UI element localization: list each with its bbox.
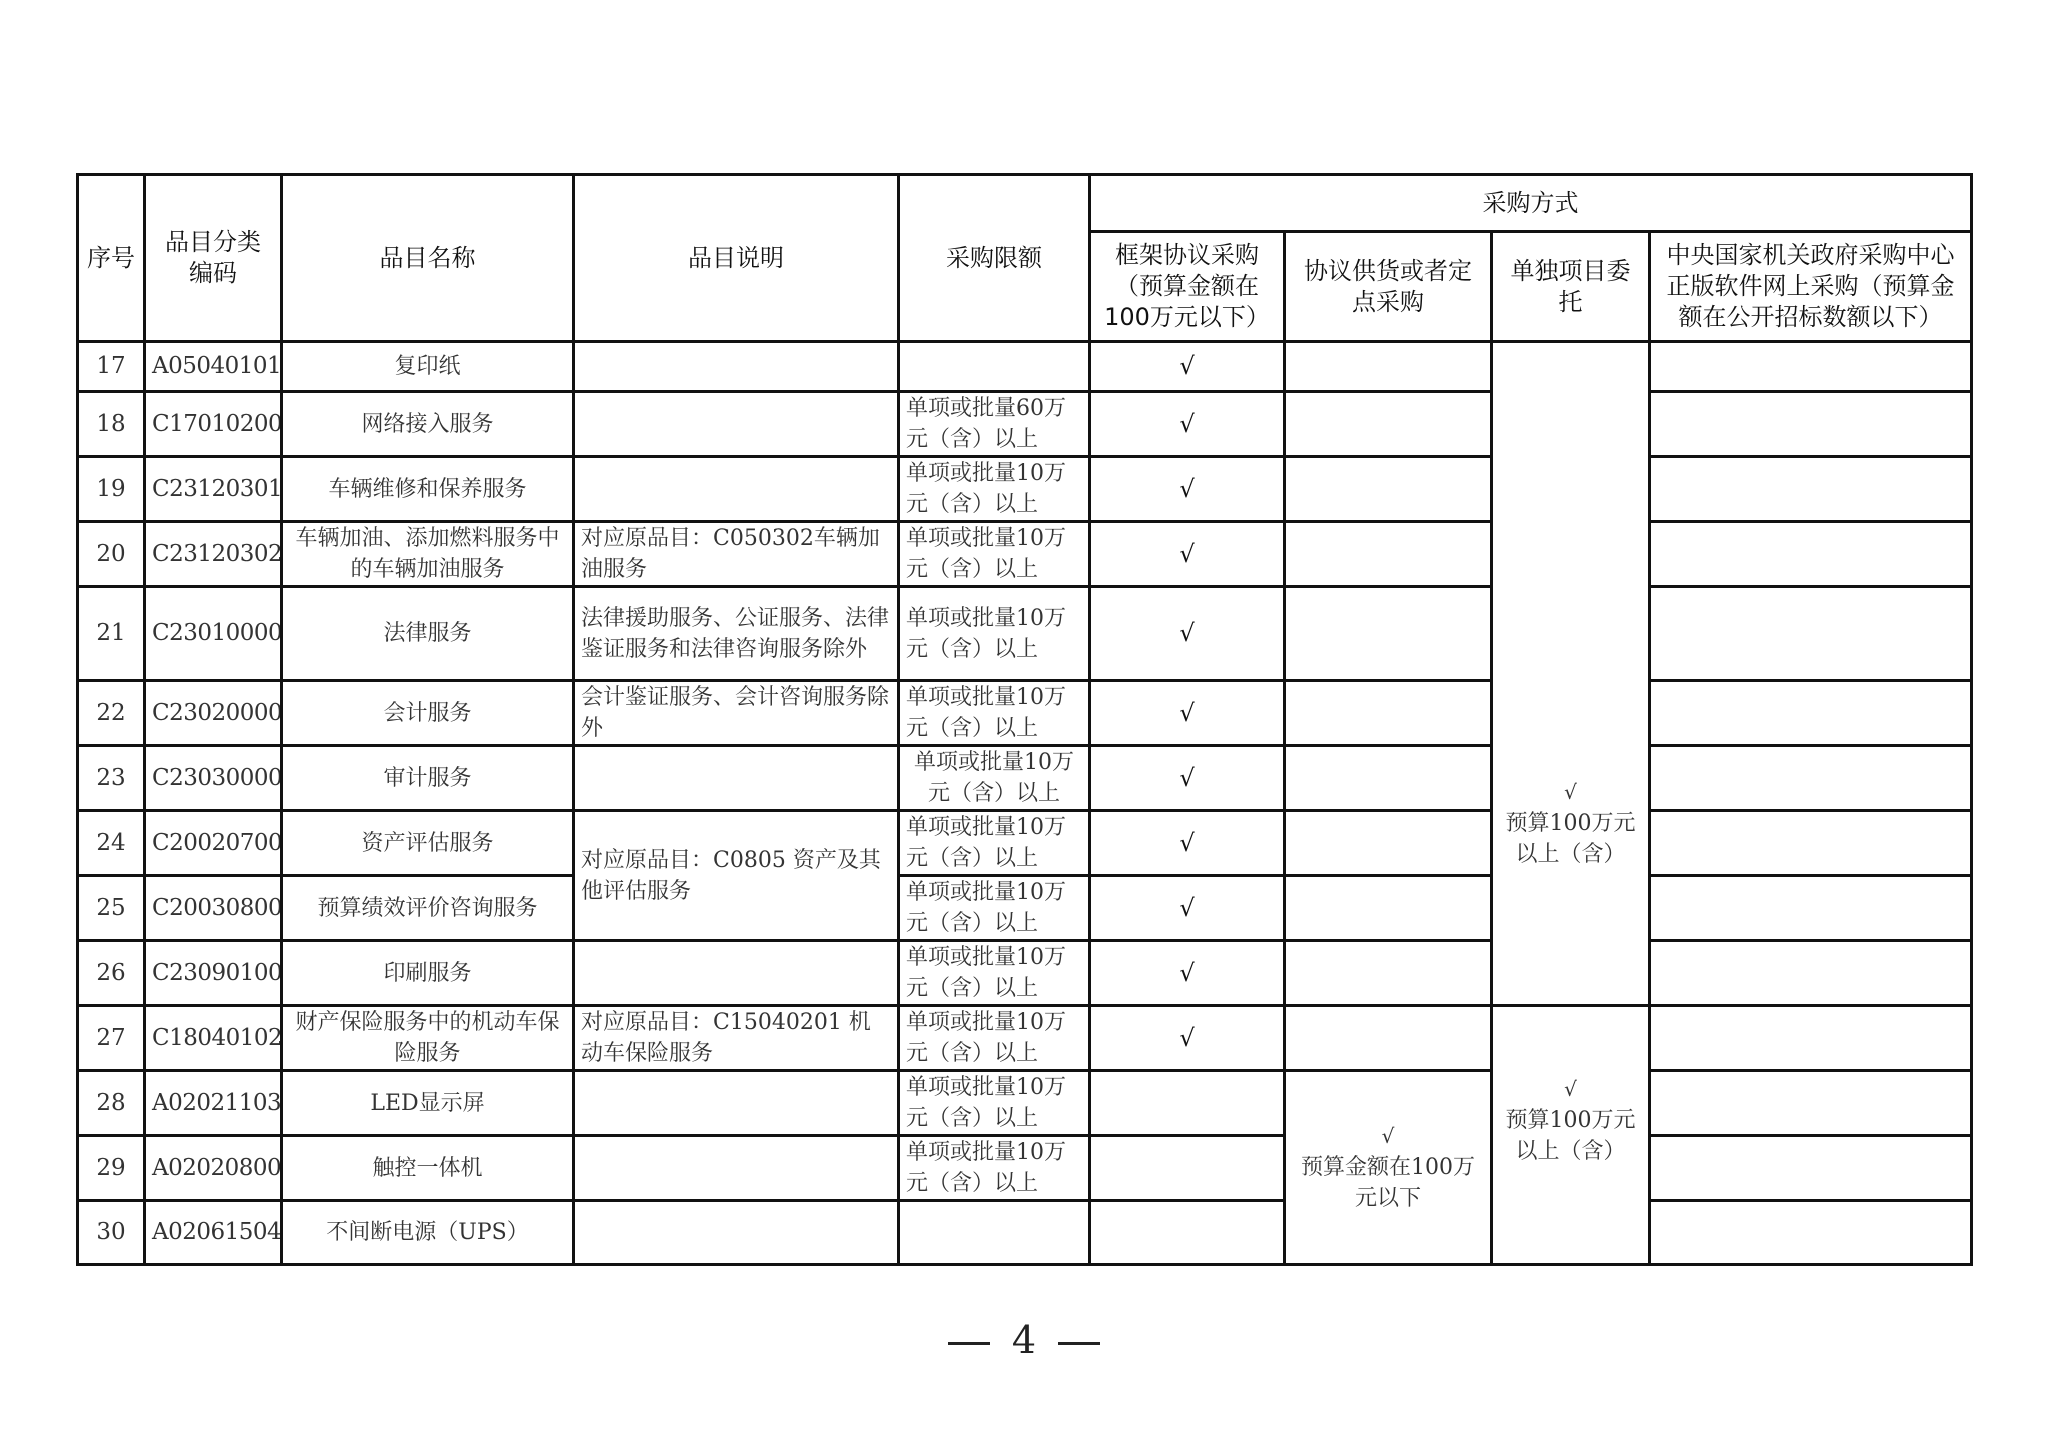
cell-seq: 18 [78,392,145,457]
cell-code: C20030800 [145,876,282,941]
cell-seq: 28 [78,1071,145,1136]
framework-check-icon [1090,1071,1285,1136]
table-row: 23 C23030000 审计服务 单项或批量10万元（含）以上 √ [78,746,1972,811]
agreement-check-icon: √ [1292,1121,1484,1152]
cell-name: 预算绩效评价咨询服务 [282,876,574,941]
table-row: 19 C23120301 车辆维修和保养服务 单项或批量10万元（含）以上 √ [78,457,1972,522]
header-row-1: 序号 品目分类编码 品目名称 品目说明 采购限额 采购方式 [78,175,1972,232]
cell-agreement-merged-28-30: √ 预算金额在100万元以下 [1285,1071,1492,1265]
framework-check-icon: √ [1090,941,1285,1006]
cell-software [1650,941,1972,1006]
cell-seq: 30 [78,1201,145,1265]
table-row: 20 C23120302 车辆加油、添加燃料服务中的车辆加油服务 对应原品目：C… [78,522,1972,587]
cell-name: 财产保险服务中的机动车保险服务 [282,1006,574,1071]
cell-agreement [1285,746,1492,811]
cell-name: 法律服务 [282,587,574,681]
table-row: 21 C23010000 法律服务 法律援助服务、公证服务、法律鉴证服务和法律咨… [78,587,1972,681]
cell-agreement [1285,876,1492,941]
cell-name: 资产评估服务 [282,811,574,876]
cell-agreement [1285,457,1492,522]
cell-name: 审计服务 [282,746,574,811]
cell-code: C18040102 [145,1006,282,1071]
cell-limit: 单项或批量10万元（含）以上 [899,587,1090,681]
framework-check-icon: √ [1090,1006,1285,1071]
cell-name: 车辆加油、添加燃料服务中的车辆加油服务 [282,522,574,587]
cell-name: 印刷服务 [282,941,574,1006]
cell-software [1650,392,1972,457]
separate-check-icon: √ [1499,1074,1642,1105]
cell-agreement [1285,587,1492,681]
cell-software [1650,876,1972,941]
cell-limit: 单项或批量10万元（含）以上 [899,876,1090,941]
header-method-group: 采购方式 [1090,175,1972,232]
header-software: 中央国家机关政府采购中心正版软件网上采购（预算金额在公开招标数额以下） [1650,232,1972,342]
cell-seq: 19 [78,457,145,522]
document-page: 序号 品目分类编码 品目名称 品目说明 采购限额 采购方式 框架协议采购（预算金… [0,0,2048,1448]
cell-desc: 法律援助服务、公证服务、法律鉴证服务和法律咨询服务除外 [574,587,899,681]
cell-desc-merged-24-25: 对应原品目：C0805 资产及其他评估服务 [574,811,899,941]
cell-seq: 24 [78,811,145,876]
cell-separate-merged-17-26: √ 预算100万元以上（含） [1492,342,1650,1006]
cell-code: C23020000 [145,681,282,746]
cell-name: 复印纸 [282,342,574,392]
framework-check-icon: √ [1090,681,1285,746]
cell-limit: 单项或批量10万元（含）以上 [899,457,1090,522]
page-footer: 4 [0,1318,2048,1362]
cell-software [1650,342,1972,392]
table-row: 30 A02061504 不间断电源（UPS） [78,1201,1972,1265]
cell-agreement [1285,522,1492,587]
header-framework: 框架协议采购（预算金额在100万元以下） [1090,232,1285,342]
cell-software [1650,746,1972,811]
cell-seq: 23 [78,746,145,811]
cell-seq: 27 [78,1006,145,1071]
framework-check-icon: √ [1090,522,1285,587]
cell-code: A02061504 [145,1201,282,1265]
separate-check-icon: √ [1499,777,1642,808]
header-seq: 序号 [78,175,145,342]
cell-desc [574,392,899,457]
cell-seq: 22 [78,681,145,746]
cell-code: C23010000 [145,587,282,681]
cell-desc [574,1071,899,1136]
table-row: 22 C23020000 会计服务 会计鉴证服务、会计咨询服务除外 单项或批量1… [78,681,1972,746]
separate-note: 预算100万元以上（含） [1499,1105,1642,1167]
cell-code: C23030000 [145,746,282,811]
procurement-table: 序号 品目分类编码 品目名称 品目说明 采购限额 采购方式 框架协议采购（预算金… [76,173,1973,1266]
cell-software [1650,1136,1972,1201]
cell-desc: 对应原品目：C050302车辆加油服务 [574,522,899,587]
dash-left [948,1342,990,1345]
framework-check-icon: √ [1090,811,1285,876]
cell-code: C23120302 [145,522,282,587]
table-row: 24 C20020700 资产评估服务 对应原品目：C0805 资产及其他评估服… [78,811,1972,876]
agreement-note: 预算金额在100万元以下 [1292,1152,1484,1214]
cell-software [1650,587,1972,681]
cell-code: A02020800 [145,1136,282,1201]
cell-limit: 单项或批量10万元（含）以上 [899,746,1090,811]
cell-limit: 单项或批量60万元（含）以上 [899,392,1090,457]
framework-check-icon [1090,1136,1285,1201]
cell-name: 网络接入服务 [282,392,574,457]
cell-name: 触控一体机 [282,1136,574,1201]
header-name: 品目名称 [282,175,574,342]
cell-code: A05040101 [145,342,282,392]
framework-check-icon [1090,1201,1285,1265]
cell-code: C20020700 [145,811,282,876]
cell-name: 车辆维修和保养服务 [282,457,574,522]
cell-seq: 21 [78,587,145,681]
cell-limit: 单项或批量10万元（含）以上 [899,941,1090,1006]
cell-code: C17010200 [145,392,282,457]
cell-limit: 单项或批量10万元（含）以上 [899,522,1090,587]
cell-seq: 29 [78,1136,145,1201]
framework-check-icon: √ [1090,876,1285,941]
page-number: 4 [1012,1318,1036,1362]
cell-software [1650,1071,1972,1136]
cell-limit: 单项或批量10万元（含）以上 [899,1136,1090,1201]
cell-limit: 单项或批量10万元（含）以上 [899,681,1090,746]
cell-agreement [1285,811,1492,876]
cell-seq: 25 [78,876,145,941]
cell-limit: 单项或批量10万元（含）以上 [899,1071,1090,1136]
cell-software [1650,681,1972,746]
table-row: 27 C18040102 财产保险服务中的机动车保险服务 对应原品目：C1504… [78,1006,1972,1071]
cell-agreement [1285,1006,1492,1071]
cell-agreement [1285,342,1492,392]
table-row: 29 A02020800 触控一体机 单项或批量10万元（含）以上 [78,1136,1972,1201]
table-row: 28 A02021103 LED显示屏 单项或批量10万元（含）以上 √ 预算金… [78,1071,1972,1136]
cell-name: 不间断电源（UPS） [282,1201,574,1265]
cell-seq: 26 [78,941,145,1006]
framework-check-icon: √ [1090,587,1285,681]
header-desc: 品目说明 [574,175,899,342]
framework-check-icon: √ [1090,457,1285,522]
framework-check-icon: √ [1090,342,1285,392]
cell-agreement [1285,681,1492,746]
cell-code: A02021103 [145,1071,282,1136]
cell-software [1650,811,1972,876]
cell-software [1650,457,1972,522]
cell-software [1650,1006,1972,1071]
cell-name: LED显示屏 [282,1071,574,1136]
cell-software [1650,522,1972,587]
table-row: 18 C17010200 网络接入服务 单项或批量60万元（含）以上 √ [78,392,1972,457]
cell-limit [899,342,1090,392]
cell-desc [574,1201,899,1265]
cell-seq: 20 [78,522,145,587]
cell-agreement [1285,392,1492,457]
cell-agreement [1285,941,1492,1006]
table-row: 17 A05040101 复印纸 √ √ 预算100万元以上（含） [78,342,1972,392]
framework-check-icon: √ [1090,392,1285,457]
cell-desc: 对应原品目：C15040201 机动车保险服务 [574,1006,899,1071]
cell-desc [574,1136,899,1201]
separate-note: 预算100万元以上（含） [1499,808,1642,870]
cell-software [1650,1201,1972,1265]
cell-desc [574,342,899,392]
cell-limit: 单项或批量10万元（含）以上 [899,1006,1090,1071]
cell-desc [574,941,899,1006]
cell-seq: 17 [78,342,145,392]
cell-limit: 单项或批量10万元（含）以上 [899,811,1090,876]
header-agreement: 协议供货或者定点采购 [1285,232,1492,342]
dash-right [1058,1342,1100,1345]
header-separate: 单独项目委托 [1492,232,1650,342]
cell-code: C23090100 [145,941,282,1006]
cell-code: C23120301 [145,457,282,522]
cell-name: 会计服务 [282,681,574,746]
cell-desc [574,457,899,522]
cell-desc [574,746,899,811]
header-limit: 采购限额 [899,175,1090,342]
header-code: 品目分类编码 [145,175,282,342]
table-row: 25 C20030800 预算绩效评价咨询服务 单项或批量10万元（含）以上 √ [78,876,1972,941]
framework-check-icon: √ [1090,746,1285,811]
cell-separate-merged-27-30: √ 预算100万元以上（含） [1492,1006,1650,1265]
cell-desc: 会计鉴证服务、会计咨询服务除外 [574,681,899,746]
cell-limit [899,1201,1090,1265]
table-row: 26 C23090100 印刷服务 单项或批量10万元（含）以上 √ [78,941,1972,1006]
